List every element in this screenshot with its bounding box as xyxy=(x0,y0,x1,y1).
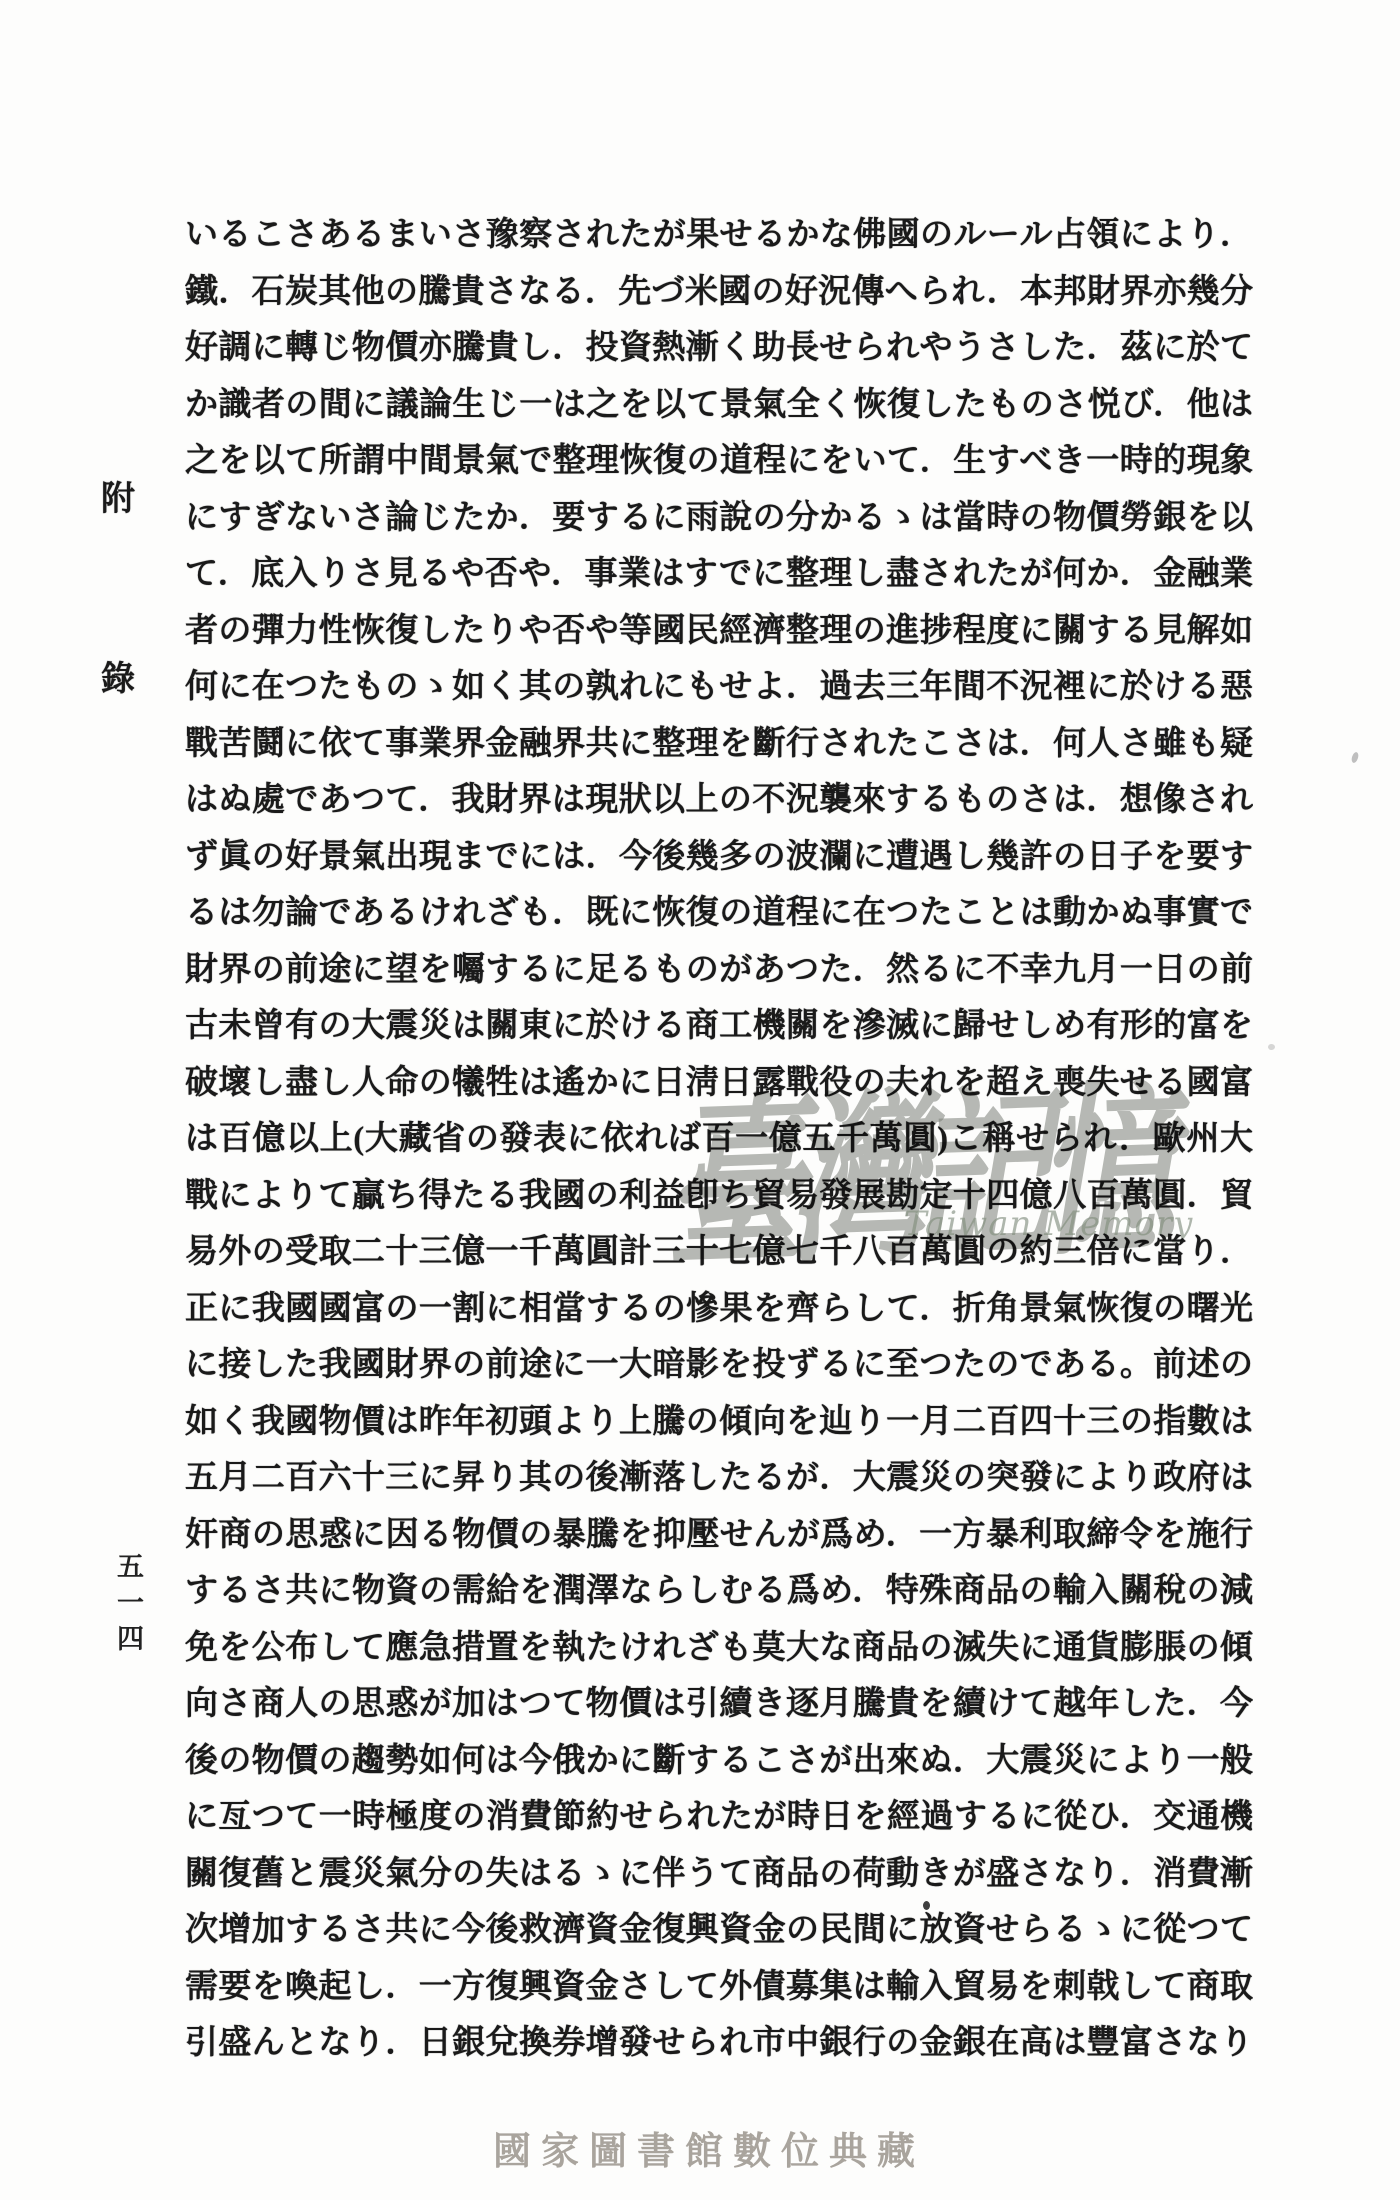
text-line: 財界の前途に望を囑するに足るものがあつた．然るに不幸九月一日の前 xyxy=(185,942,1253,999)
text-line: 次增加するさ共に今後救濟資金復興資金の民間に放資せらるゝに從つて xyxy=(185,1902,1253,1959)
text-line: はぬ處であつて．我財界は現狀以上の不況襲來するものさは．想像され xyxy=(185,772,1253,829)
text-line: に亙つて一時極度の消費節約せられたが時日を經過するに從ひ．交通機 xyxy=(185,1789,1253,1846)
text-line: は百億以上(大藏省の發表に依れば百一億五千萬圓)こ稱せられ．歐州大 xyxy=(185,1111,1253,1168)
text-line: 奸商の思惑に因る物價の暴騰を抑壓せんが爲め．一方暴利取締令を施行 xyxy=(185,1507,1253,1564)
footer-archive-label: 國家圖書館數位典藏 xyxy=(0,2120,1400,2175)
scan-speck xyxy=(1268,1044,1275,1050)
text-line: か識者の間に議論生じ一は之を以て景氣全く恢復したものさ悦び．他は xyxy=(185,377,1253,434)
text-line: 如く我國物價は昨年初頭より上騰の傾向を辿り一月二百四十三の指數は xyxy=(185,1394,1253,1451)
text-line: に接した我國財界の前途に一大暗影を投ずるに至つたのである。前述の xyxy=(185,1337,1253,1394)
scan-speck xyxy=(1350,751,1359,763)
text-line: 者の彈力性恢復したりや否や等國民經濟整理の進捗程度に關する見解如 xyxy=(185,603,1253,660)
margin-label-appendix-roku: 錄 xyxy=(101,651,141,700)
text-line: 需要を喚起し．一方復興資金さして外債募集は輸入貿易を刺戟して商取 xyxy=(185,1959,1253,2016)
text-line: 關復舊と震災氣分の失はるゝに伴うて商品の荷動きが盛さなり．消費漸 xyxy=(185,1846,1253,1903)
text-line: 戰苦鬪に依て事業界金融界共に整理を斷行されたこさは．何人さ雖も疑 xyxy=(185,716,1253,773)
scanned-document-page: 附 錄 五一四 いるこさあるまいさ豫察されたが果せるかな佛國のルール占領により．… xyxy=(0,0,1400,2200)
text-line: 五月二百六十三に昇り其の後漸落したるが．大震災の突發により政府は xyxy=(185,1450,1253,1507)
text-line: るは勿論であるけれざも．既に恢復の道程に在つたことは動かぬ事實で xyxy=(185,885,1253,942)
text-line: 向さ商人の思惑が加はつて物價は引續き逐月騰貴を續けて越年した．今 xyxy=(185,1676,1253,1733)
text-line: ず眞の好景氣出現までには．今後幾多の波瀾に遭遇し幾許の日子を要す xyxy=(185,829,1253,886)
text-line: 引盛んとなり．日銀兌換券增發せられ市中銀行の金銀在高は豐富さなり xyxy=(185,2015,1253,2072)
document-body: いるこさあるまいさ豫察されたが果せるかな佛國のルール占領により． 鐵．石炭其他の… xyxy=(185,207,1253,2072)
text-line: いるこさあるまいさ豫察されたが果せるかな佛國のルール占領により． xyxy=(185,207,1253,264)
text-line: 易外の受取二十三億一千萬圓計三十七億七千八百萬圓の約三倍に當り． xyxy=(185,1224,1253,1281)
scan-speck xyxy=(923,1901,930,1910)
text-line: 之を以て所謂中間景氣で整理恢復の道程にをいて．生すべき一時的現象 xyxy=(185,433,1253,490)
text-line: 正に我國國富の一割に相當するの慘果を齊らして．折角景氣恢復の曙光 xyxy=(185,1281,1253,1338)
text-line: 鐵．石炭其他の騰貴さなる．先づ米國の好況傳へられ．本邦財界亦幾分 xyxy=(185,264,1253,321)
text-line: 何に在つたものゝ如く其の孰れにもせよ．過去三年間不況裡に於ける惡 xyxy=(185,659,1253,716)
text-line: 古未曾有の大震災は關東に於ける商工機關を滲滅に歸せしめ有形的富を xyxy=(185,998,1253,1055)
text-line: 破壞し盡し人命の犧牲は遙かに日淸日露戰役の夫れを超え喪失せる國富 xyxy=(185,1055,1253,1112)
text-line: 好調に轉じ物價亦騰貴し．投資熱漸く助長せられやうさした．茲に於て xyxy=(185,320,1253,377)
text-line: するさ共に物資の需給を潤澤ならしむる爲め．特殊商品の輸入關稅の減 xyxy=(185,1563,1253,1620)
text-line: 戰によりて贏ち得たる我國の利益卽ち貿易發展勘定十四億八百萬圓．貿 xyxy=(185,1168,1253,1225)
margin-label-appendix-fu: 附 xyxy=(101,471,141,520)
text-line: 後の物價の趨勢如何は今俄かに斷するこさが出來ぬ．大震災により一般 xyxy=(185,1733,1253,1790)
page-number: 五一四 xyxy=(109,1552,148,1660)
text-line: 免を公布して應急措置を執たけれざも莫大な商品の滅失に通貨膨脹の傾 xyxy=(185,1620,1253,1677)
text-line: て．底入りさ見るや否や．事業はすでに整理し盡されたが何か．金融業 xyxy=(185,546,1253,603)
text-line: にすぎないさ論じたか．要するに雨說の分かるゝは當時の物價勞銀を以 xyxy=(185,490,1253,547)
